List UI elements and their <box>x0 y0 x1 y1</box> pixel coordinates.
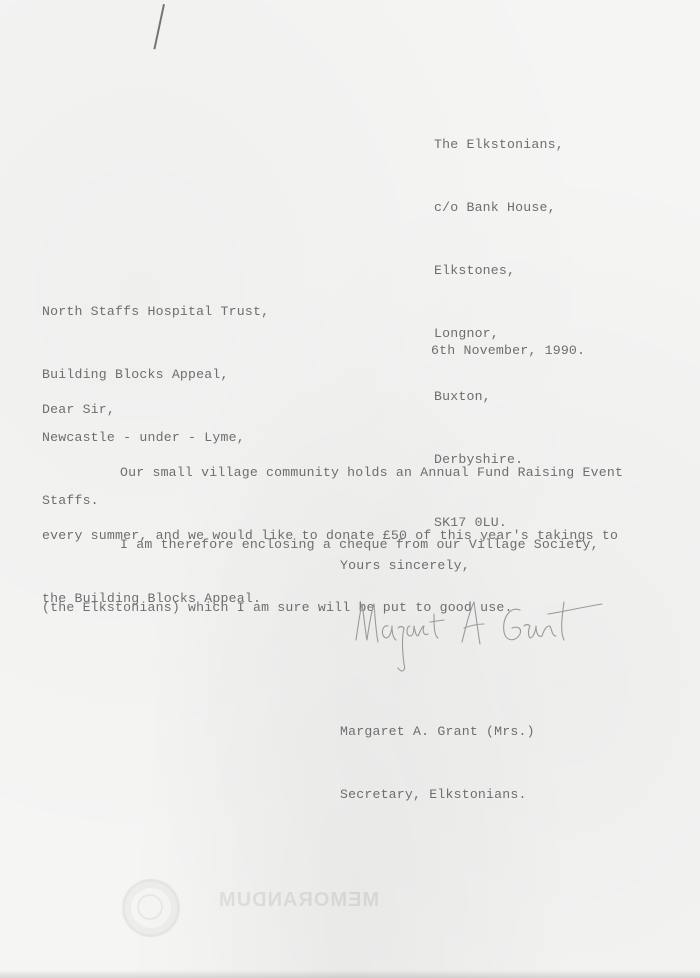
salutation: Dear Sir, <box>42 399 115 420</box>
seal-inner-ring <box>137 894 163 920</box>
handwritten-signature <box>352 596 612 676</box>
recipient-line: Building Blocks Appeal, <box>42 364 269 385</box>
embossed-seal-icon <box>122 879 180 937</box>
page-edge-shadow <box>0 970 700 978</box>
sender-line: Buxton, <box>434 386 564 407</box>
letter-date: 6th November, 1990. <box>431 340 585 361</box>
body-line: I am therefore enclosing a cheque from o… <box>42 534 599 555</box>
sender-line: The Elkstonians, <box>434 134 564 155</box>
sender-line: c/o Bank House, <box>434 197 564 218</box>
signatory-title: Secretary, Elkstonians. <box>340 784 535 805</box>
body-line: Our small village community holds an Ann… <box>42 462 623 483</box>
signatory-block: Margaret A. Grant (Mrs.) Secretary, Elks… <box>340 679 535 826</box>
closing: Yours sincerely, <box>340 555 470 576</box>
sender-line: Elkstones, <box>434 260 564 281</box>
bleed-through-watermark: MEMORANDUM <box>218 889 379 912</box>
recipient-line: North Staffs Hospital Trust, <box>42 301 269 322</box>
signatory-name: Margaret A. Grant (Mrs.) <box>340 721 535 742</box>
